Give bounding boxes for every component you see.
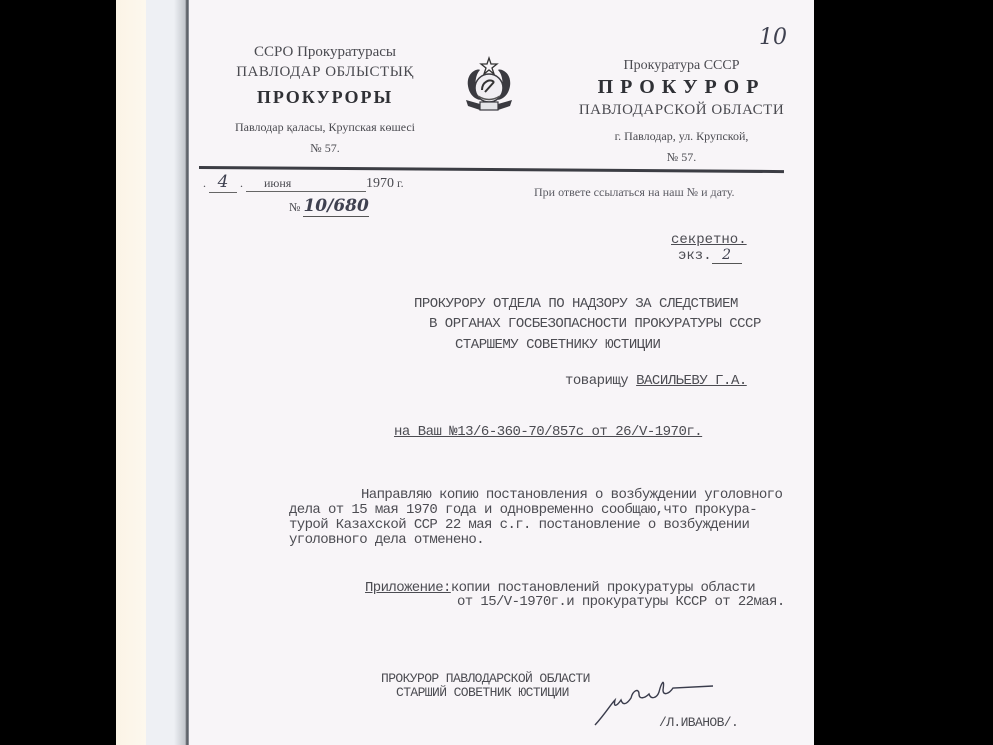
letterhead-kazakh: ССРО Прокуратурасы ПАВЛОДАР ОБЛЫСТЫҚ ПРО… — [189, 44, 461, 156]
letterhead-right-line3: ПАВЛОДАРСКОЙ ОБЛАСТИ — [549, 102, 814, 119]
letterhead-right-address: г. Павлодар, ул. Крупской, — [549, 129, 814, 144]
date-suffix: г. — [397, 176, 404, 190]
reply-instructions: При ответе ссылаться на наш № и дату. — [534, 185, 735, 200]
signer-title-1: ПРОКУРОР ПАВЛОДАРСКОЙ ОБЛАСТИ — [381, 671, 590, 686]
letterhead-left-number: № 57. — [189, 141, 461, 156]
letterhead-right-number: № 57. — [549, 150, 814, 165]
letterhead-russian: Прокуратура СССР ПРОКУРОР ПАВЛОДАРСКОЙ О… — [549, 58, 814, 165]
letterhead-left-line2: ПАВЛОДАР ОБЛЫСТЫҚ — [189, 64, 461, 81]
recipient-name: ВАСИЛЬЕВУ Г.А. — [636, 373, 747, 389]
body-line-2: дела от 15 мая 1970 года и одновременно … — [289, 502, 757, 518]
attachment-label: Приложение: — [365, 580, 451, 596]
registration-number: № 10/680 — [289, 196, 369, 216]
date-day: 4 — [209, 172, 237, 193]
letterhead-right-title: ПРОКУРОР — [549, 76, 814, 99]
copy-number: экз.2 — [678, 247, 742, 264]
page-number-annotation: 10 — [759, 25, 787, 50]
secret-mark: секретно. — [671, 232, 747, 248]
letterhead-left-title: ПРОКУРОРЫ — [189, 87, 461, 108]
recipient-prefix: товарищу — [565, 373, 628, 389]
reg-number-prefix: № — [289, 200, 300, 214]
addressee-line-1: ПРОКУРОРУ ОТДЕЛА ПО НАДЗОРУ ЗА СЛЕДСТВИЕ… — [414, 296, 738, 312]
classification-label: секретно. — [671, 232, 747, 248]
body-line-4: уголовного дела отменено. — [289, 532, 484, 548]
letterhead-left-line1: ССРО Прокуратурасы — [189, 44, 461, 61]
signer-name: /Л.ИВАНОВ/. — [659, 715, 738, 730]
recipient: товарищу ВАСИЛЬЕВУ Г.А. — [565, 373, 747, 389]
document-date: . 4 . июня1970 г. — [203, 172, 404, 193]
signer-title-2: СТАРШИЙ СОВЕТНИК ЮСТИЦИИ — [396, 685, 569, 700]
scanned-document: 10 ССРО Прокуратурасы ПАВЛОДАР ОБЛЫСТЫҚ … — [116, 0, 814, 745]
date-year: 1970 — [366, 176, 394, 191]
letterhead-left-address: Павлодар қаласы, Крупская көшесі — [189, 120, 461, 135]
reg-number-value: 10/680 — [303, 196, 368, 217]
copy-number-value: 2 — [712, 247, 742, 264]
date-month: июня — [246, 176, 366, 192]
addressee-line-3: СТАРШЕМУ СОВЕТНИКУ ЮСТИЦИИ — [455, 337, 660, 353]
state-emblem-icon — [458, 56, 520, 118]
reference-line: на Ваш №13/6-360-70/857с от 26/V-1970г. — [394, 424, 702, 440]
background-paper-strip — [116, 0, 146, 745]
letterhead-right-line1: Прокуратура СССР — [549, 58, 814, 74]
addressee-line-2: В ОРГАНАХ ГОСБЕЗОПАСНОСТИ ПРОКУРАТУРЫ СС… — [429, 316, 761, 332]
body-line-1: Направляю копию постановления о возбужде… — [361, 487, 782, 503]
body-line-3: турой Казахской ССР 22 мая с.г. постанов… — [289, 517, 749, 533]
letter-page: 10 ССРО Прокуратурасы ПАВЛОДАР ОБЛЫСТЫҚ … — [189, 0, 814, 745]
copy-label: экз. — [678, 248, 712, 264]
attachment-line-2: от 15/V-1970г.и прокуратуры КССР от 22ма… — [457, 594, 785, 610]
